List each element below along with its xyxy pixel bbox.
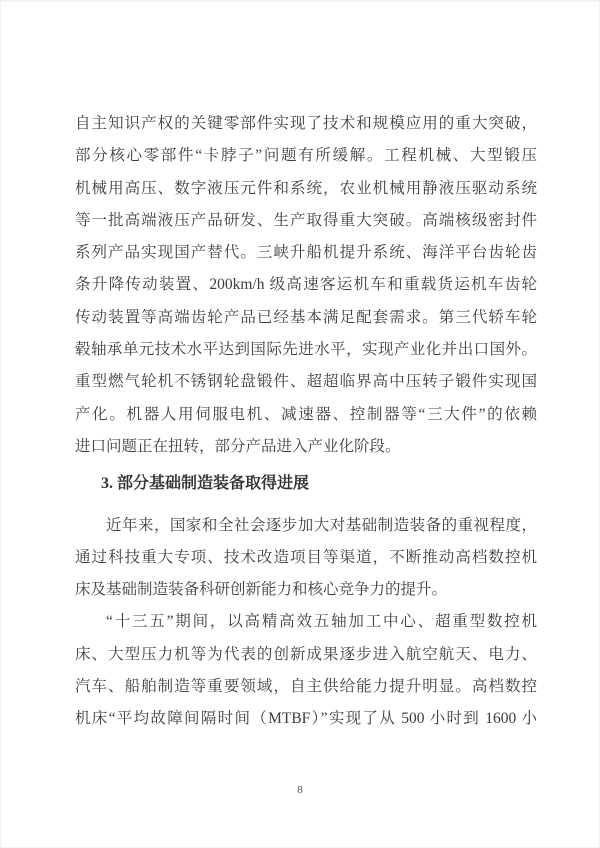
text-line: 产化。机器人用伺服电机、减速器、控制器等“三大件”的依赖 bbox=[75, 399, 537, 431]
text-line: 自主知识产权的关键零部件实现了技术和规模应用的重大突破， bbox=[75, 108, 537, 140]
paragraph: “十三五”期间，以高精高效五轴加工中心、超重型数控机 床、大型压力机等为代表的创… bbox=[75, 606, 537, 735]
text-line: 床及基础制造装备科研创新能力和核心竞争力的提升。 bbox=[75, 574, 537, 606]
document-page: 自主知识产权的关键零部件实现了技术和规模应用的重大突破， 部分核心零部件“卡脖子… bbox=[0, 0, 600, 848]
text-line: 汽车、船舶制造等重要领域，自主供给能力提升明显。高档数控 bbox=[75, 671, 537, 703]
text-line: 部分核心零部件“卡脖子”问题有所缓解。工程机械、大型锻压 bbox=[75, 140, 537, 172]
paragraph: 近年来，国家和全社会逐步加大对基础制造装备的重视程度， 通过科技重大专项、技术改… bbox=[75, 510, 537, 607]
text-block: 自主知识产权的关键零部件实现了技术和规模应用的重大突破， 部分核心零部件“卡脖子… bbox=[75, 108, 537, 736]
text-line: 通过科技重大专项、技术改造项目等渠道，不断推动高档数控机 bbox=[75, 542, 537, 574]
text-line: 等一批高端液压产品研发、生产取得重大突破。高端核级密封件 bbox=[75, 205, 537, 237]
text-line: 毂轴承单元技术水平达到国际先进水平，实现产业化并出口国外。 bbox=[75, 334, 537, 366]
text-line: 机床“平均故障间隔时间（MTBF）”实现了从 500 小时到 1600 小 bbox=[75, 703, 537, 735]
page-number: 8 bbox=[0, 782, 600, 798]
text-line: 条升降传动装置、200km/h 级高速客运机车和重载货运机车齿轮 bbox=[75, 269, 537, 301]
text-line: “十三五”期间，以高精高效五轴加工中心、超重型数控机 bbox=[75, 606, 537, 638]
section-heading: 3. 部分基础制造装备取得进展 bbox=[75, 468, 537, 500]
paragraph-continued: 自主知识产权的关键零部件实现了技术和规模应用的重大突破， 部分核心零部件“卡脖子… bbox=[75, 108, 537, 463]
text-line: 系列产品实现国产替代。三峡升船机提升系统、海洋平台齿轮齿 bbox=[75, 237, 537, 269]
text-line: 进口问题正在扭转，部分产品进入产业化阶段。 bbox=[75, 431, 537, 463]
text-line: 重型燃气轮机不锈钢轮盘锻件、超超临界高中压转子锻件实现国 bbox=[75, 366, 537, 398]
text-line: 传动装置等高端齿轮产品已经基本满足配套需求。第三代轿车轮 bbox=[75, 302, 537, 334]
text-line: 近年来，国家和全社会逐步加大对基础制造装备的重视程度， bbox=[75, 510, 537, 542]
text-line: 机械用高压、数字液压元件和系统，农业机械用静液压驱动系统 bbox=[75, 173, 537, 205]
text-line: 床、大型压力机等为代表的创新成果逐步进入航空航天、电力、 bbox=[75, 639, 537, 671]
